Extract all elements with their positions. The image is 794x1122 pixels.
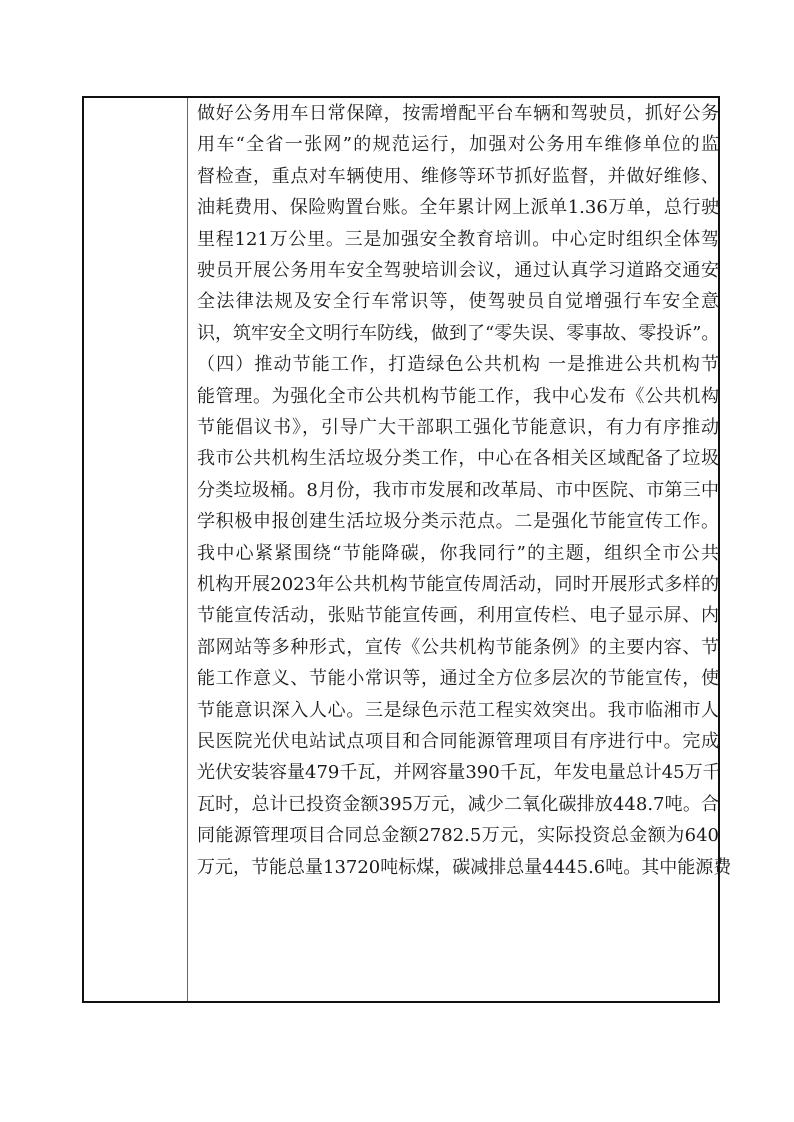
table-left-cell — [84, 98, 188, 1001]
text-line: 识，筑牢安全文明行车防线，做到了“零失误、零事故、零投诉”。 — [197, 318, 719, 349]
table-right-cell: 做好公务用车日常保障，按需增配平台车辆和驾驶员，抓好公务 用车“全省一张网”的规… — [188, 98, 718, 1001]
text-line: 分类垃圾桶。8月份，我市市发展和改革局、市中医院、市第三中 — [197, 475, 719, 506]
text-line: 同能源管理项目合同总金额2782.5万元，实际投资总金额为640 — [197, 820, 719, 851]
text-line: 瓦时，总计已投资金额395万元，减少二氧化碳排放448.7吨。合 — [197, 789, 719, 820]
text-line: 能工作意义、节能小常识等，通过全方位多层次的节能宣传，使 — [197, 663, 719, 694]
text-line: 节能宣传活动，张贴节能宣传画，利用宣传栏、电子显示屏、内 — [197, 600, 719, 631]
text-line: 用车“全省一张网”的规范运行，加强对公务用车维修单位的监 — [197, 129, 719, 160]
text-line: 机构开展2023年公共机构节能宣传周活动，同时开展形式多样的 — [197, 569, 719, 600]
text-line: 光伏安装容量479千瓦，并网容量390千瓦，年发电量总计45万千 — [197, 757, 719, 788]
text-line: 能管理。为强化全市公共机构节能工作，我中心发布《公共机构 — [197, 381, 719, 412]
text-line: 我市公共机构生活垃圾分类工作，中心在各相关区域配备了垃圾 — [197, 443, 719, 474]
text-line: 里程121万公里。三是加强安全教育培训。中心定时组织全体驾 — [197, 224, 719, 255]
text-line: 驶员开展公务用车安全驾驶培训会议，通过认真学习道路交通安 — [197, 255, 719, 286]
text-line: 油耗费用、保险购置台账。全年累计网上派单1.36万单，总行驶 — [197, 192, 719, 223]
text-line: 学积极申报创建生活垃圾分类示范点。二是强化节能宣传工作。 — [197, 506, 719, 537]
content-table: 做好公务用车日常保障，按需增配平台车辆和驾驶员，抓好公务 用车“全省一张网”的规… — [82, 96, 720, 1003]
text-line: 督检查，重点对车辆使用、维修等环节抓好监督，并做好维修、 — [197, 161, 719, 192]
text-line: 节能意识深入人心。三是绿色示范工程实效突出。我市临湘市人 — [197, 695, 719, 726]
text-line: 全法律法规及安全行车常识等，使驾驶员自觉增强行车安全意 — [197, 286, 719, 317]
text-line: 节能倡议书》，引导广大干部职工强化节能意识，有力有序推动 — [197, 412, 719, 443]
text-line: 我中心紧紧围绕“节能降碳，你我同行”的主题，组织全市公共 — [197, 538, 719, 569]
text-line: 万元，节能总量13720吨标煤，碳减排总量4445.6吨。其中能源费 — [197, 852, 719, 883]
section-heading-line: （四）推动节能工作，打造绿色公共机构 一是推进公共机构节 — [197, 349, 719, 380]
text-line: 部网站等多种形式，宣传《公共机构节能条例》的主要内容、节 — [197, 632, 719, 663]
text-line: 做好公务用车日常保障，按需增配平台车辆和驾驶员，抓好公务 — [197, 98, 719, 129]
text-line: 民医院光伏电站试点项目和合同能源管理项目有序进行中。完成 — [197, 726, 719, 757]
